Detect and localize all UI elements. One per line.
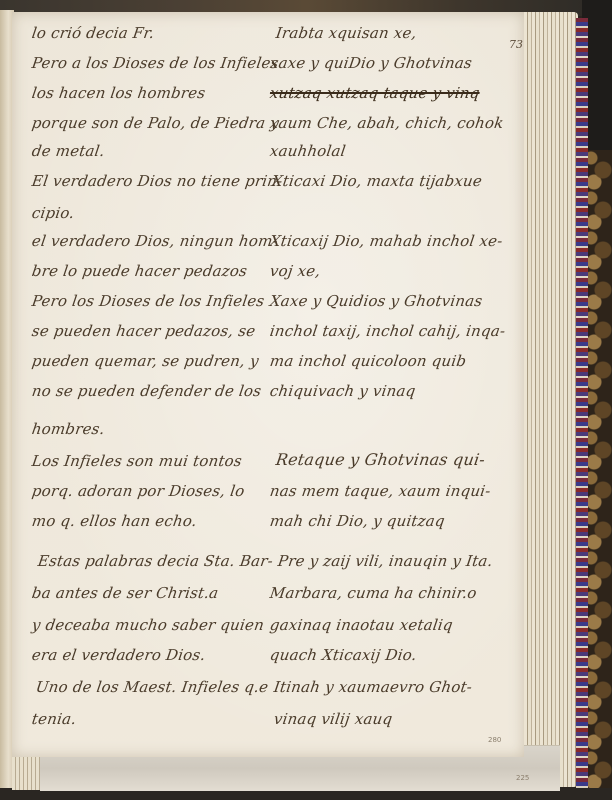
- text-line: quach Xticaxij Dio.: [269, 646, 418, 664]
- text-line: mah chi Dio, y quitzaq: [269, 512, 446, 530]
- text-line: de metal.: [31, 142, 106, 160]
- text-line: porque son de Palo, de Piedra y: [31, 114, 281, 132]
- text-line: Xaxe y Quidios y Ghotvinas: [269, 292, 484, 310]
- text-line: ma inchol quicoloon quib: [269, 352, 468, 370]
- text-line: inchol taxij, inchol cahij, inqa-: [269, 322, 507, 340]
- text-line: Uno de los Maest. Infieles q.e: [35, 678, 270, 696]
- text-line: Marbara, cuma ha chinir.o: [269, 584, 478, 602]
- text-line: xauhholal: [269, 142, 347, 160]
- text-line: pueden quemar, se pudren, y: [31, 352, 260, 370]
- page-edges-stack: [520, 12, 578, 787]
- page-number: 73: [509, 38, 523, 51]
- text-line: Retaque y Ghotvinas qui-: [275, 450, 487, 469]
- text-line: y deceaba mucho saber quien: [31, 616, 266, 634]
- text-line: el verdadero Dios, ningun hom-: [31, 232, 279, 250]
- text-line: lo crió decia Fr.: [31, 24, 156, 42]
- text-line: vinaq vilij xauq: [273, 710, 394, 728]
- text-line: mo q. ellos han echo.: [31, 512, 198, 530]
- text-line: Irabta xquisan xe,: [275, 24, 418, 42]
- text-line: hombres.: [31, 420, 106, 438]
- text-line: Pero a los Dioses de los Infieles: [31, 54, 280, 72]
- text-line: xaum Che, abah, chich, cohok: [269, 114, 505, 132]
- foliation-mark: 225: [516, 774, 529, 782]
- text-line: ba antes de ser Christ.a: [31, 584, 220, 602]
- text-line: Itinah y xaumaevro Ghot-: [273, 678, 474, 696]
- foliation-mark: 280: [488, 736, 501, 744]
- struck-text-line: xutzaq xutzaq taque y vinq: [269, 84, 481, 102]
- text-line: gaxinaq inaotau xetaliq: [269, 616, 454, 634]
- text-line: tenia.: [31, 710, 78, 728]
- marbled-page-edge: [576, 18, 588, 788]
- text-line: Pre y zaij vili, inauqin y Ita.: [277, 552, 494, 570]
- manuscript-page: 73 lo crió decia Fr. Pero a los Dioses d…: [12, 12, 524, 757]
- text-line: voj xe,: [269, 262, 322, 280]
- text-line: porq. adoran por Dioses, lo: [31, 482, 246, 500]
- text-line: chiquivach y vinaq: [269, 382, 417, 400]
- text-line: El verdadero Dios no tiene prin-: [31, 172, 284, 190]
- text-line: Xticaxi Dio, maxta tijabxue: [271, 172, 484, 190]
- text-line: cipio.: [31, 204, 76, 222]
- text-line: los hacen los hombres: [31, 84, 207, 102]
- text-line: Estas palabras decia Sta. Bar-: [37, 552, 274, 570]
- text-line: se pueden hacer pedazos, se: [31, 322, 257, 340]
- text-line: no se pueden defender de los: [31, 382, 263, 400]
- text-line: era el verdadero Dios.: [31, 646, 207, 664]
- text-line: Los Infieles son mui tontos: [31, 452, 243, 470]
- text-line: bre lo puede hacer pedazos: [31, 262, 249, 280]
- text-line: Pero los Dioses de los Infieles: [31, 292, 266, 310]
- text-line: nas mem taque, xaum inqui-: [269, 482, 492, 500]
- text-line: xaxe y quiDio y Ghotvinas: [269, 54, 473, 72]
- text-line: Xticaxij Dio, mahab inchol xe-: [269, 232, 504, 250]
